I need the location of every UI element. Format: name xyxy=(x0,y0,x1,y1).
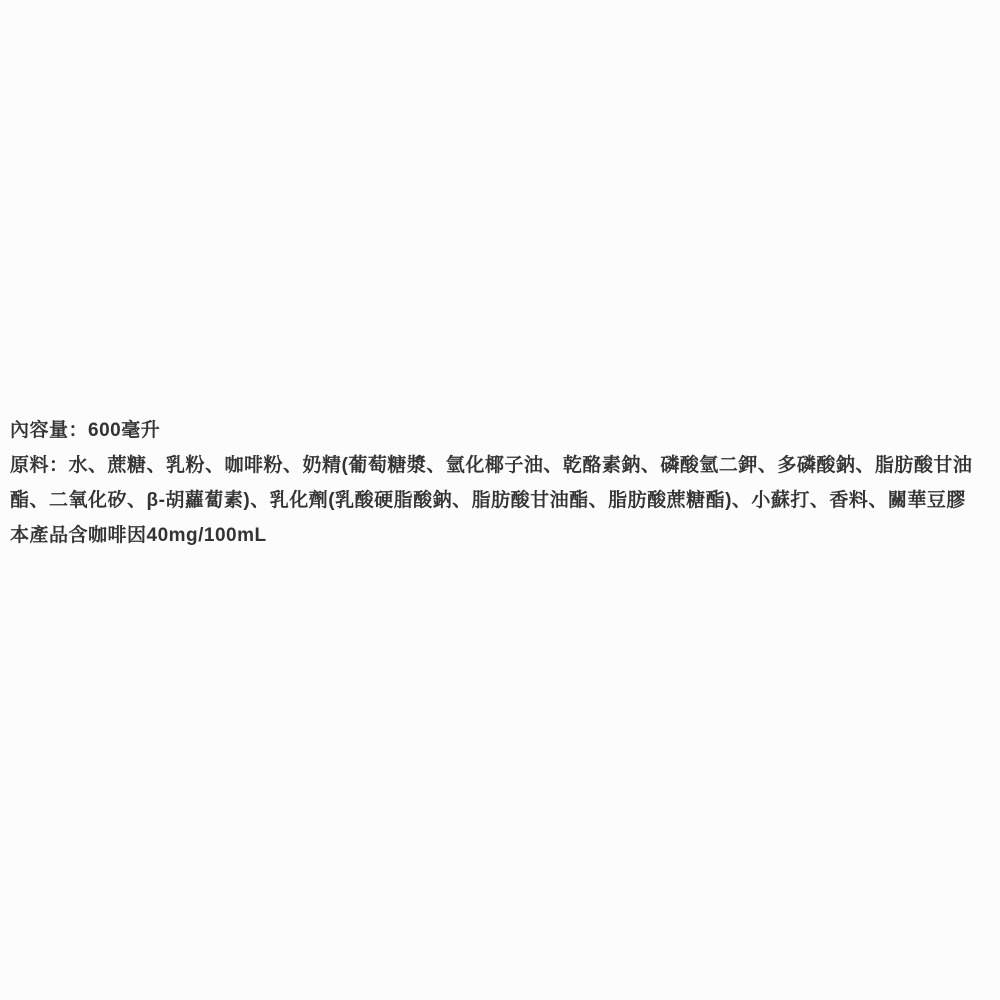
caffeine-notice-text: 本產品含咖啡因40mg/100mL xyxy=(10,518,988,553)
product-description-section: 內容量：600毫升 原料：水、蔗糖、乳粉、咖啡粉、奶精(葡萄糖漿、氫化椰子油、乾… xyxy=(10,413,988,553)
capacity-text: 內容量：600毫升 xyxy=(10,413,988,448)
ingredients-text: 原料：水、蔗糖、乳粉、咖啡粉、奶精(葡萄糖漿、氫化椰子油、乾酪素鈉、磷酸氫二鉀、… xyxy=(10,448,988,518)
